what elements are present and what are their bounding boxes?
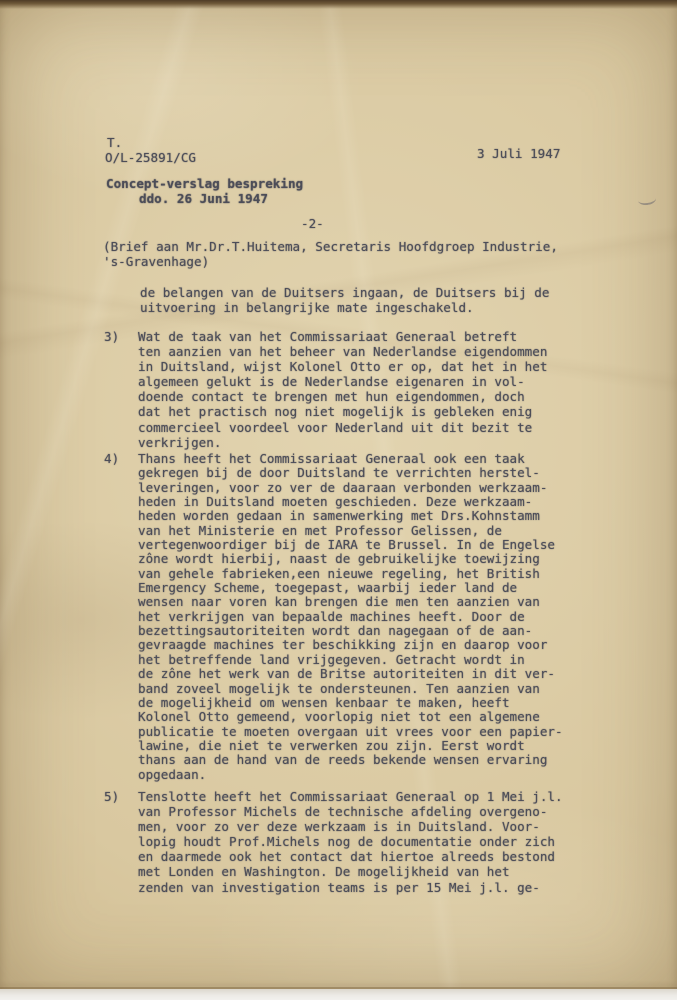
document-date: 3 Juli 1947: [477, 146, 560, 161]
reference-mark: T.: [107, 135, 122, 150]
list-item-3: 3) Wat de taak van het Commissariaat Gen…: [104, 329, 547, 450]
item-number: 5): [104, 789, 138, 804]
recipient-line: (Brief aan Mr.Dr.T.Huitema, Secretaris H…: [103, 239, 558, 269]
item-text: Tenslotte heeft het Commissariaat Genera…: [138, 789, 563, 895]
item-number: 4): [104, 452, 138, 466]
list-item-4: 4) Thans heeft het Commissariaat Generaa…: [104, 452, 563, 782]
list-item-5: 5) Tenslotte heeft het Commissariaat Gen…: [104, 789, 563, 895]
meeting-date: ddo. 26 Juni 1947: [139, 191, 268, 206]
item-number: 3): [104, 329, 138, 344]
item-text: Wat de taak van het Commissariaat Genera…: [138, 329, 547, 450]
document-title: Concept-verslag bespreking: [106, 176, 303, 191]
scanned-document-page: T. O/L-25891/CG Concept-verslag bespreki…: [0, 0, 677, 1000]
item-text: Thans heeft het Commissariaat Generaal o…: [138, 452, 563, 782]
scan-top-edge: [0, 0, 677, 9]
reference-number: O/L-25891/CG: [105, 150, 196, 165]
page-number: -2-: [301, 216, 324, 231]
stray-pen-mark: [637, 193, 656, 206]
scan-bottom-edge: [0, 989, 677, 1000]
intro-paragraph: de belangen van de Duitsers ingaan, de D…: [140, 285, 549, 315]
